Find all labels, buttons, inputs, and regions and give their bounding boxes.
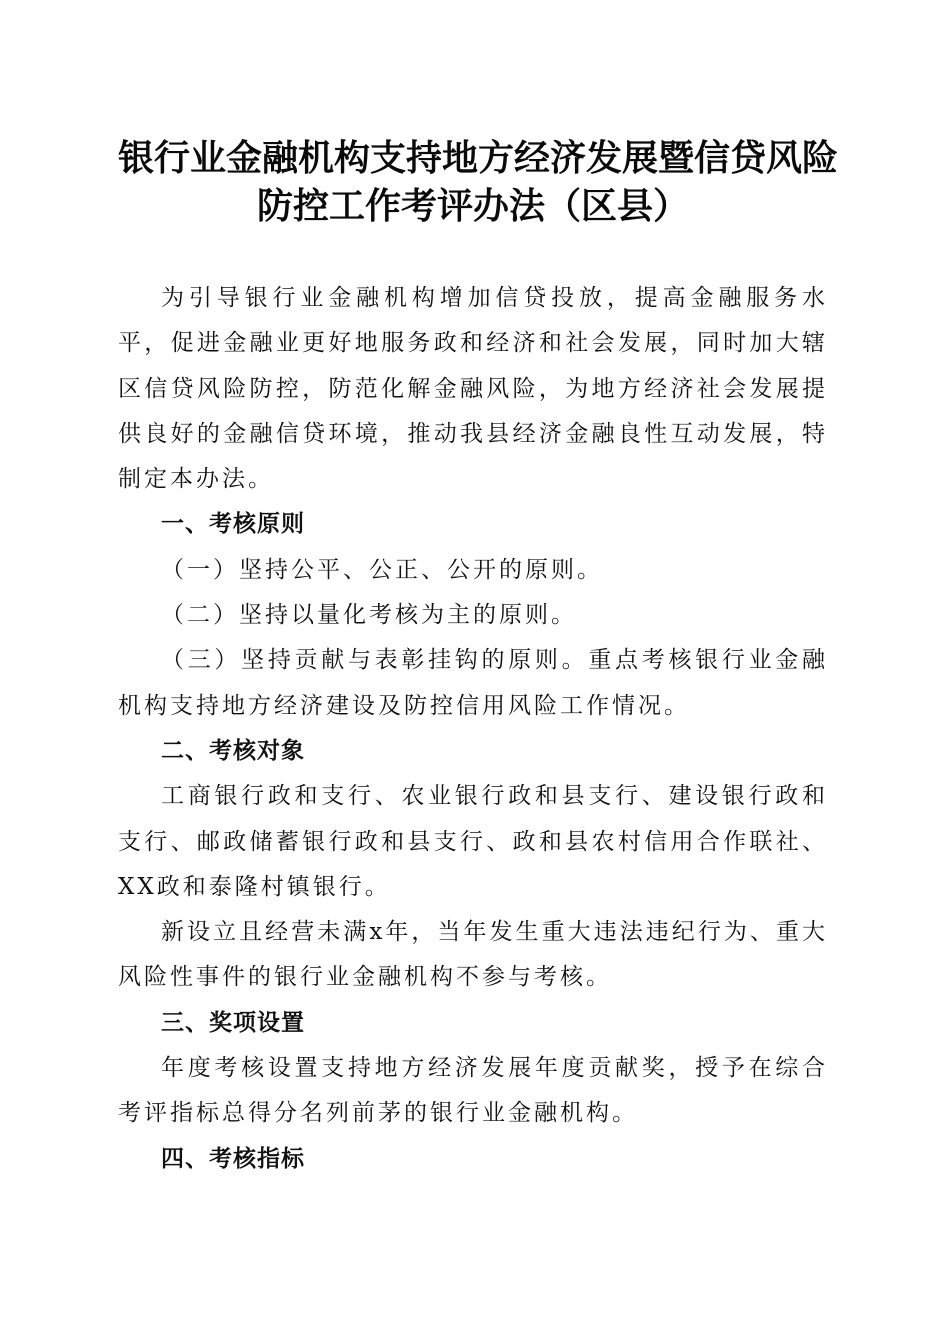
section-heading-principles: 一、考核原则	[118, 502, 828, 547]
title-line-2: 防控工作考评办法（区县）	[118, 182, 828, 230]
targets-paragraph-1: 工商银行政和支行、农业银行政和县支行、建设银行政和支行、邮政储蓄银行政和县支行、…	[118, 774, 828, 910]
principle-item-3: （三）坚持贡献与表彰挂钩的原则。重点考核银行业金融机构支持地方经济建设及防控信用…	[118, 638, 828, 729]
principle-item-2: （二）坚持以量化考核为主的原则。	[118, 593, 828, 638]
targets-paragraph-2: 新设立且经营未满x年，当年发生重大违法违纪行为、重大风险性事件的银行业金融机构不…	[118, 910, 828, 1001]
principle-item-1: （一）坚持公平、公正、公开的原则。	[118, 548, 828, 593]
section-heading-awards: 三、奖项设置	[118, 1001, 828, 1046]
document-body: 为引导银行业金融机构增加信贷投放，提高金融服务水平，促进金融业更好地服务政和经济…	[118, 276, 828, 1182]
section-heading-indicators: 四、考核指标	[118, 1137, 828, 1182]
section-heading-targets: 二、考核对象	[118, 729, 828, 774]
awards-paragraph: 年度考核设置支持地方经济发展年度贡献奖，授予在综合考评指标总得分名列前茅的银行业…	[118, 1046, 828, 1137]
document-title: 银行业金融机构支持地方经济发展暨信贷风险 防控工作考评办法（区县）	[118, 134, 828, 230]
intro-paragraph: 为引导银行业金融机构增加信贷投放，提高金融服务水平，促进金融业更好地服务政和经济…	[118, 276, 828, 502]
title-line-1: 银行业金融机构支持地方经济发展暨信贷风险	[118, 134, 828, 182]
